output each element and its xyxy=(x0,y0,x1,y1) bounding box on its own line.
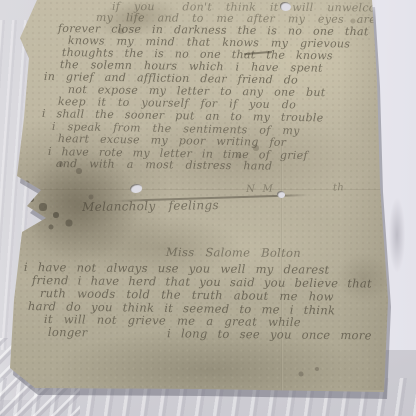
paper-hole-top xyxy=(280,2,291,11)
letter-line: and with a most distress hand xyxy=(56,158,273,172)
backdrop-crease-right xyxy=(386,185,408,285)
signature-fragment: N M th xyxy=(246,182,344,195)
handwritten-text-block: if you don't think it will unwelcome my … xyxy=(0,0,416,416)
letter-line: longer i long to see you once more xyxy=(48,327,372,341)
paper-hole-middle xyxy=(130,184,142,193)
recipient-name-line: Miss Salome Bolton xyxy=(166,247,301,259)
paper-hole-signature xyxy=(277,191,285,198)
photo-of-letter: if you don't think it will unwelcome my … xyxy=(0,0,416,416)
letter-paper: if you don't think it will unwelcome my … xyxy=(0,0,416,416)
closing-sentiment-line: Melancholy feelings xyxy=(82,200,219,213)
